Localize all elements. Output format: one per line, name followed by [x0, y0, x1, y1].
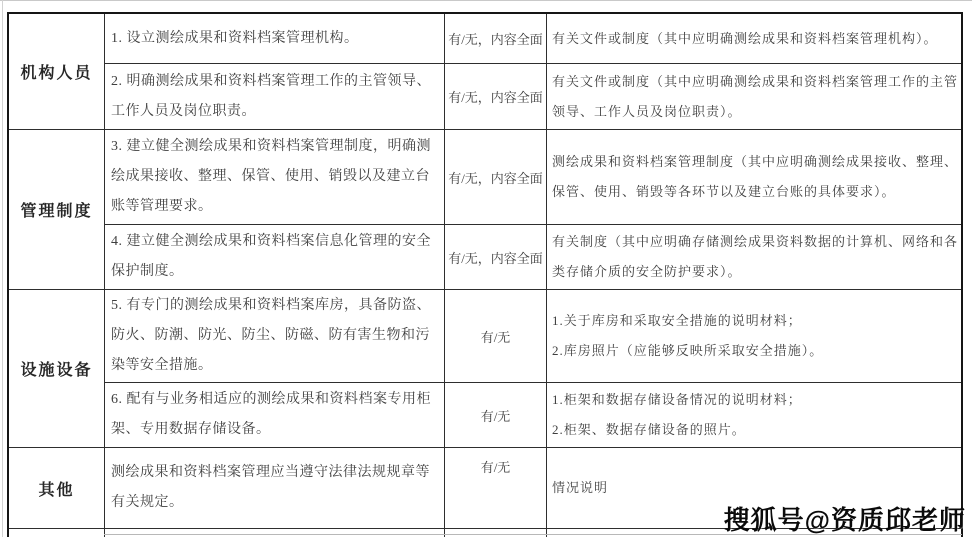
previous-row-cut-line: [0, 0, 972, 1]
materials-cell-2: 有关文件或制度（其中应明确测绘成果和资料档案管理工作的主管领导、工作人员及岗位职…: [547, 64, 961, 130]
table-left-border-stub: [7, 529, 9, 537]
item-cell-3: 3. 建立健全测绘成果和资料档案管理制度，明确测绘成果接收、整理、保管、使用、销…: [105, 130, 445, 225]
category-cell-organization-personnel: 机构人员: [9, 14, 105, 130]
category-cell-other: 其他: [9, 448, 105, 529]
page-scan-edge: [2, 0, 3, 537]
check-cell-6: 有/无: [445, 383, 547, 448]
materials-cell-3: 测绘成果和资料档案管理制度（其中应明确测绘成果接收、整理、保管、使用、销毁等各环…: [547, 130, 961, 225]
check-cell-7: 有/无: [445, 448, 547, 529]
item-cell-5: 5. 有专门的测绘成果和资料档案库房，具备防盗、防火、防潮、防光、防尘、防磁、防…: [105, 290, 445, 383]
materials-cell-1: 有关文件或制度（其中应明确测绘成果和资料档案管理机构）。: [547, 14, 961, 64]
inspection-checklist-table: 机构人员 1. 设立测绘成果和资料档案管理机构。 有/无，内容全面 有关文件或制…: [7, 12, 963, 529]
item-cell-2: 2. 明确测绘成果和资料档案管理工作的主管领导、工作人员及岗位职责。: [105, 64, 445, 130]
item-cell-4: 4. 建立健全测绘成果和资料档案信息化管理的安全保护制度。: [105, 225, 445, 290]
check-cell-3: 有/无，内容全面: [445, 130, 547, 225]
item-cell-1: 1. 设立测绘成果和资料档案管理机构。: [105, 14, 445, 64]
check-cell-4: 有/无，内容全面: [445, 225, 547, 290]
check-cell-2: 有/无，内容全面: [445, 64, 547, 130]
item-cell-7: 测绘成果和资料档案管理应当遵守法律法规规章等有关规定。: [105, 448, 445, 529]
column-divider-stub-3: [546, 529, 547, 537]
materials-cell-4: 有关制度（其中应明确存储测绘成果资料数据的计算机、网络和各类存储介质的安全防护要…: [547, 225, 961, 290]
materials-cell-5: 1.关于库房和采取安全措施的说明材料； 2.库房照片（应能够反映所采取安全措施）…: [547, 290, 961, 383]
category-cell-management-system: 管理制度: [9, 130, 105, 290]
materials-cell-6: 1.柜架和数据存储设备情况的说明材料； 2.柜架、数据存储设备的照片。: [547, 383, 961, 448]
check-cell-5: 有/无: [445, 290, 547, 383]
item-cell-6: 6. 配有与业务相适应的测绘成果和资料档案专用柜架、专用数据存储设备。: [105, 383, 445, 448]
category-cell-facilities-equipment: 设施设备: [9, 290, 105, 448]
sohu-watermark: 搜狐号@资质邱老师: [724, 500, 966, 537]
column-divider-stub-2: [444, 529, 445, 537]
column-divider-stub-1: [104, 529, 105, 537]
check-cell-1: 有/无，内容全面: [445, 14, 547, 64]
